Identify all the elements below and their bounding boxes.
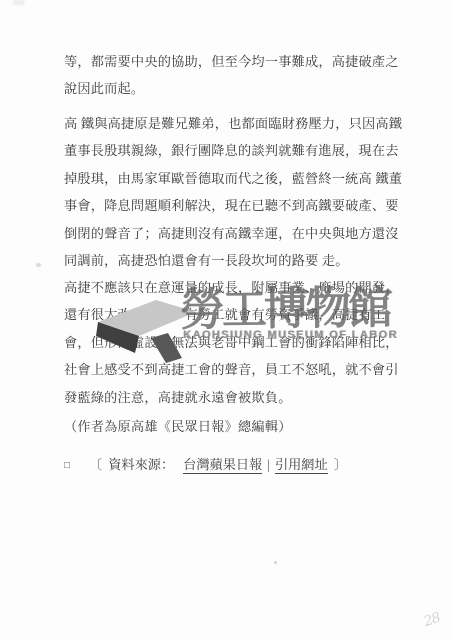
scan-speck [36, 263, 41, 267]
text-line: 高捷不應該只在意運量的成長，附屬事業、廠場的開發， [64, 274, 409, 301]
source-line: □〔資料來源：台灣蘋果日報|引用網址〕 [64, 451, 424, 478]
handwritten-corner-mark: 28 [422, 610, 442, 630]
paragraph: 等，都需要中央的協助，但至今均一事難成，高捷破產之 說因此而起。 [64, 48, 409, 103]
text-line: 說因此而起。 [64, 75, 409, 102]
text-line: 同調前，高捷恐怕還會有一長段坎坷的路要 走。 [64, 247, 409, 274]
text-line: 高 鐵與高捷原是難兄難弟，也都面臨財務壓力，只因高鐵 [64, 110, 409, 137]
text-line: 還有很大改善空間、有勞工就會有勞資爭議，高捷有工 [64, 301, 409, 328]
text-line: 掉殷琪，由馬家軍歐晉德取而代之後，藍營終一統高 鐵董 [64, 165, 409, 192]
source-link-taiwan-apple-daily[interactable]: 台灣蘋果日報 [183, 457, 262, 474]
text-line: （作者為原高雄《民眾日報》總編輯） [64, 413, 409, 440]
text-line: 社會上感受不到高捷工會的聲音，員工不怒吼，就不會引 [64, 356, 409, 383]
text-line: 發藍綠的注意，高捷就永遠會被欺負。 [64, 384, 409, 411]
scan-smudge [13, 0, 25, 5]
text-line: 董事長殷琪親綠，銀行團降息的談判就難有進展，現在去 [64, 137, 409, 164]
paragraph: 高捷不應該只在意運量的成長，附屬事業、廠場的開發， 還有很大改善空間、有勞工就會… [64, 274, 409, 411]
text-line: 倒閉的聲音了；高捷則沒有高鐵幸運，在中央與地方還沒 [64, 220, 409, 247]
square-bullet-icon: □ [64, 460, 70, 471]
link-separator: | [267, 457, 270, 472]
text-line: 會，但形同虛設，無法與老哥中鋼工會的衝鋒陷陣相比， [64, 329, 409, 356]
scanned-page: 等，都需要中央的協助，但至今均一事難成，高捷破產之 說因此而起。 高 鐵與高捷原… [0, 0, 452, 640]
cite-url-link[interactable]: 引用網址 [275, 457, 328, 474]
close-bracket: 〕 [334, 457, 347, 472]
scan-speck [274, 561, 277, 564]
paragraph: 高 鐵與高捷原是難兄難弟，也都面臨財務壓力，只因高鐵 董事長殷琪親綠，銀行團降息… [64, 110, 409, 274]
text-line: 等，都需要中央的協助，但至今均一事難成，高捷破產之 [64, 48, 409, 75]
open-bracket: 〔 [89, 457, 102, 472]
text-line: 事會，降息問題順利解決，現在已聽不到高鐵要破產、要 [64, 192, 409, 219]
source-label: 資料來源： [108, 457, 174, 472]
author-credit: （作者為原高雄《民眾日報》總編輯） [64, 413, 409, 440]
